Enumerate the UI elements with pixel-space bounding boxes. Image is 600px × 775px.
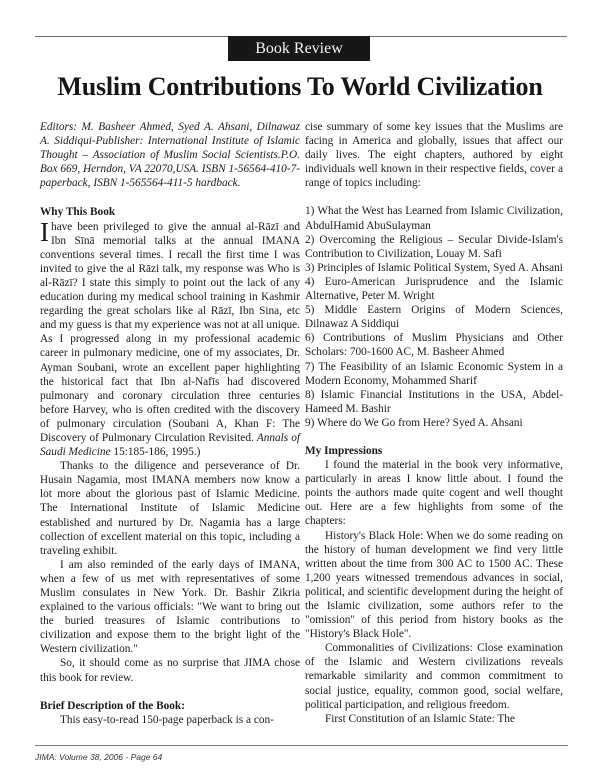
- chapter-list: 1) What the West has Learned from Islami…: [305, 204, 563, 430]
- why-paragraph-2: Thanks to the diligence and perseverance…: [40, 459, 300, 558]
- spacer: [305, 190, 563, 204]
- chapter-item: 5) Middle Eastern Origins of Modern Scie…: [305, 303, 563, 331]
- left-column: Editors: M. Basheer Ahmed, Syed A. Ahsan…: [40, 120, 300, 727]
- brief-paragraph-start: This easy-to-read 150-page paperback is …: [40, 713, 300, 727]
- chapter-item: 1) What the West has Learned from Islami…: [305, 204, 563, 232]
- bottom-rule: [300, 745, 568, 746]
- page-footer: JIMA: Volume 38, 2006 - Page 64: [35, 752, 162, 762]
- chapter-item: 6) Contributions of Muslim Physicians an…: [305, 331, 563, 359]
- brief-description-heading: Brief Description of the Book:: [40, 699, 300, 713]
- why-paragraph-1-text: I have been privileged to give the annua…: [40, 221, 300, 444]
- why-paragraph-3: I am also reminded of the early days of …: [40, 558, 300, 657]
- section-label: Book Review: [228, 36, 370, 61]
- my-impressions-heading: My Impressions: [305, 444, 563, 458]
- why-this-book-heading: Why This Book: [40, 205, 300, 219]
- why-paragraph-4: So, it should come as no surprise that J…: [40, 656, 300, 684]
- impressions-paragraph-4: First Constitution of an Islamic State: …: [305, 712, 563, 726]
- chapter-item: 8) Islamic Financial Institutions in the…: [305, 388, 563, 416]
- chapter-item: 4) Euro-American Jurisprudence and the I…: [305, 275, 563, 303]
- chapter-item: 9) Where do We Go from Here? Syed A. Ahs…: [305, 416, 563, 430]
- spacer: [40, 685, 300, 699]
- impressions-paragraph-2: History's Black Hole: When we do some re…: [305, 529, 563, 642]
- impressions-paragraph-3: Commonalities of Civilizations: Close ex…: [305, 641, 563, 711]
- chapter-item: 3) Principles of Islamic Political Syste…: [305, 261, 563, 275]
- right-column: cise summary of some key issues that the…: [305, 120, 563, 726]
- impressions-paragraph-1: I found the material in the book very in…: [305, 458, 563, 528]
- article-title: Muslim Contributions To World Civilizati…: [0, 72, 600, 102]
- why-paragraph-1: I have been privileged to give the annua…: [40, 220, 300, 460]
- chapter-item: 2) Overcoming the Religious – Secular Di…: [305, 233, 563, 261]
- brief-paragraph-continued: cise summary of some key issues that the…: [305, 120, 563, 190]
- book-credits: Editors: M. Basheer Ahmed, Syed A. Ahsan…: [40, 120, 300, 190]
- bottom-rule: [35, 745, 300, 746]
- citation-details: 15:185-186, 1995.): [111, 446, 201, 458]
- spacer: [305, 430, 563, 444]
- chapter-item: 7) The Feasibility of an Islamic Economi…: [305, 360, 563, 388]
